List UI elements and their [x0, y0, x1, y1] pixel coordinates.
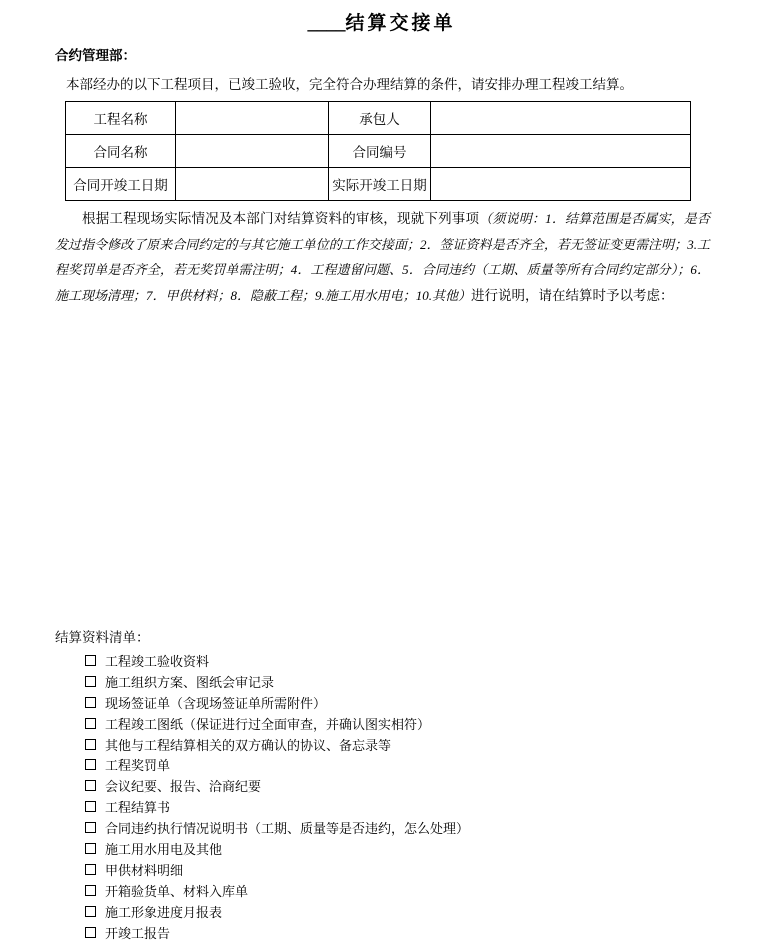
checkbox-icon[interactable] [85, 864, 96, 875]
checklist-item: 施工形象进度月报表 [85, 901, 705, 922]
document-title: ____结算交接单 [0, 8, 763, 35]
checklist-item: 工程奖罚单 [85, 754, 705, 775]
actual-dates-label: 实际开竣工日期 [329, 168, 431, 201]
notes-paragraph: 根据工程现场实际情况及本部门对结算资料的审核，现就下列事项（须说明：1．结算范围… [55, 206, 710, 308]
salutation: 合约管理部： [55, 44, 136, 64]
checklist-item: 施工组织方案、图纸会审记录 [85, 671, 705, 692]
checklist-item-label: 施工组织方案、图纸会审记录 [105, 672, 274, 691]
settlement-checklist: 工程竣工验收资料 施工组织方案、图纸会审记录 现场签证单（含现场签证单所需附件）… [85, 650, 705, 940]
checkbox-icon[interactable] [85, 676, 96, 687]
checkbox-icon[interactable] [85, 801, 96, 812]
checkbox-icon[interactable] [85, 885, 96, 896]
checklist-item: 会议纪要、报告、洽商纪要 [85, 775, 705, 796]
checklist-item-label: 其他与工程结算相关的双方确认的协议、备忘录等 [105, 735, 391, 754]
checklist-item: 现场签证单（含现场签证单所需附件） [85, 692, 705, 713]
contract-no-value[interactable] [431, 135, 691, 168]
checklist-item-label: 工程竣工验收资料 [105, 651, 209, 670]
contractor-value[interactable] [431, 102, 691, 135]
checklist-item: 工程竣工验收资料 [85, 650, 705, 671]
checklist-item: 工程结算书 [85, 796, 705, 817]
checklist-item: 其他与工程结算相关的双方确认的协议、备忘录等 [85, 734, 705, 755]
contract-dates-value[interactable] [176, 168, 329, 201]
checklist-item-label: 合同违约执行情况说明书（工期、质量等是否违约，怎么处理） [105, 818, 469, 837]
title-blank-line: ____ [307, 13, 345, 34]
checklist-item-label: 开竣工报告 [105, 923, 170, 940]
checkbox-icon[interactable] [85, 697, 96, 708]
checklist-item-label: 工程结算书 [105, 797, 170, 816]
checklist-item: 合同违约执行情况说明书（工期、质量等是否违约，怎么处理） [85, 817, 705, 838]
checkbox-icon[interactable] [85, 780, 96, 791]
checklist-item: 甲供材料明细 [85, 859, 705, 880]
checklist-item: 开竣工报告 [85, 922, 705, 940]
table-row: 合同名称 合同编号 [66, 135, 691, 168]
checklist-item: 开箱验货单、材料入库单 [85, 880, 705, 901]
title-text: 结算交接单 [345, 13, 455, 34]
checkbox-icon[interactable] [85, 927, 96, 938]
project-info-table: 工程名称 承包人 合同名称 合同编号 合同开竣工日期 实际开竣工日期 [65, 101, 691, 201]
intro-paragraph: 本部经办的以下工程项目，已竣工验收，完全符合办理结算的条件，请安排办理工程竣工结… [55, 76, 710, 94]
notes-lead: 根据工程现场实际情况及本部门对结算资料的审核，现就下列事项 [82, 211, 479, 226]
checklist-item-label: 施工形象进度月报表 [105, 902, 222, 921]
checklist-item-label: 会议纪要、报告、洽商纪要 [105, 776, 261, 795]
checkbox-icon[interactable] [85, 718, 96, 729]
checklist-item-label: 开箱验货单、材料入库单 [105, 881, 248, 900]
contract-name-label: 合同名称 [66, 135, 176, 168]
contract-dates-label: 合同开竣工日期 [66, 168, 176, 201]
checkbox-icon[interactable] [85, 822, 96, 833]
contract-name-value[interactable] [176, 135, 329, 168]
checklist-item-label: 甲供材料明细 [105, 860, 183, 879]
contract-no-label: 合同编号 [329, 135, 431, 168]
checkbox-icon[interactable] [85, 906, 96, 917]
checkbox-icon[interactable] [85, 739, 96, 750]
contractor-label: 承包人 [329, 102, 431, 135]
checklist-item-label: 工程奖罚单 [105, 755, 170, 774]
project-name-label: 工程名称 [66, 102, 176, 135]
table-row: 工程名称 承包人 [66, 102, 691, 135]
checklist-item: 工程竣工图纸（保证进行过全面审查，并确认图实相符） [85, 713, 705, 734]
checklist-heading: 结算资料清单： [55, 626, 150, 646]
actual-dates-value[interactable] [431, 168, 691, 201]
checklist-item-label: 现场签证单（含现场签证单所需附件） [105, 693, 326, 712]
notes-tail: 进行说明，请在结算时予以考虑： [471, 288, 674, 303]
checklist-item: 施工用水用电及其他 [85, 838, 705, 859]
table-row: 合同开竣工日期 实际开竣工日期 [66, 168, 691, 201]
document-page: ____结算交接单 合约管理部： 本部经办的以下工程项目，已竣工验收，完全符合办… [0, 0, 763, 940]
project-name-value[interactable] [176, 102, 329, 135]
checklist-item-label: 工程竣工图纸（保证进行过全面审查，并确认图实相符） [105, 714, 430, 733]
checkbox-icon[interactable] [85, 759, 96, 770]
checkbox-icon[interactable] [85, 843, 96, 854]
checkbox-icon[interactable] [85, 655, 96, 666]
checklist-item-label: 施工用水用电及其他 [105, 839, 222, 858]
